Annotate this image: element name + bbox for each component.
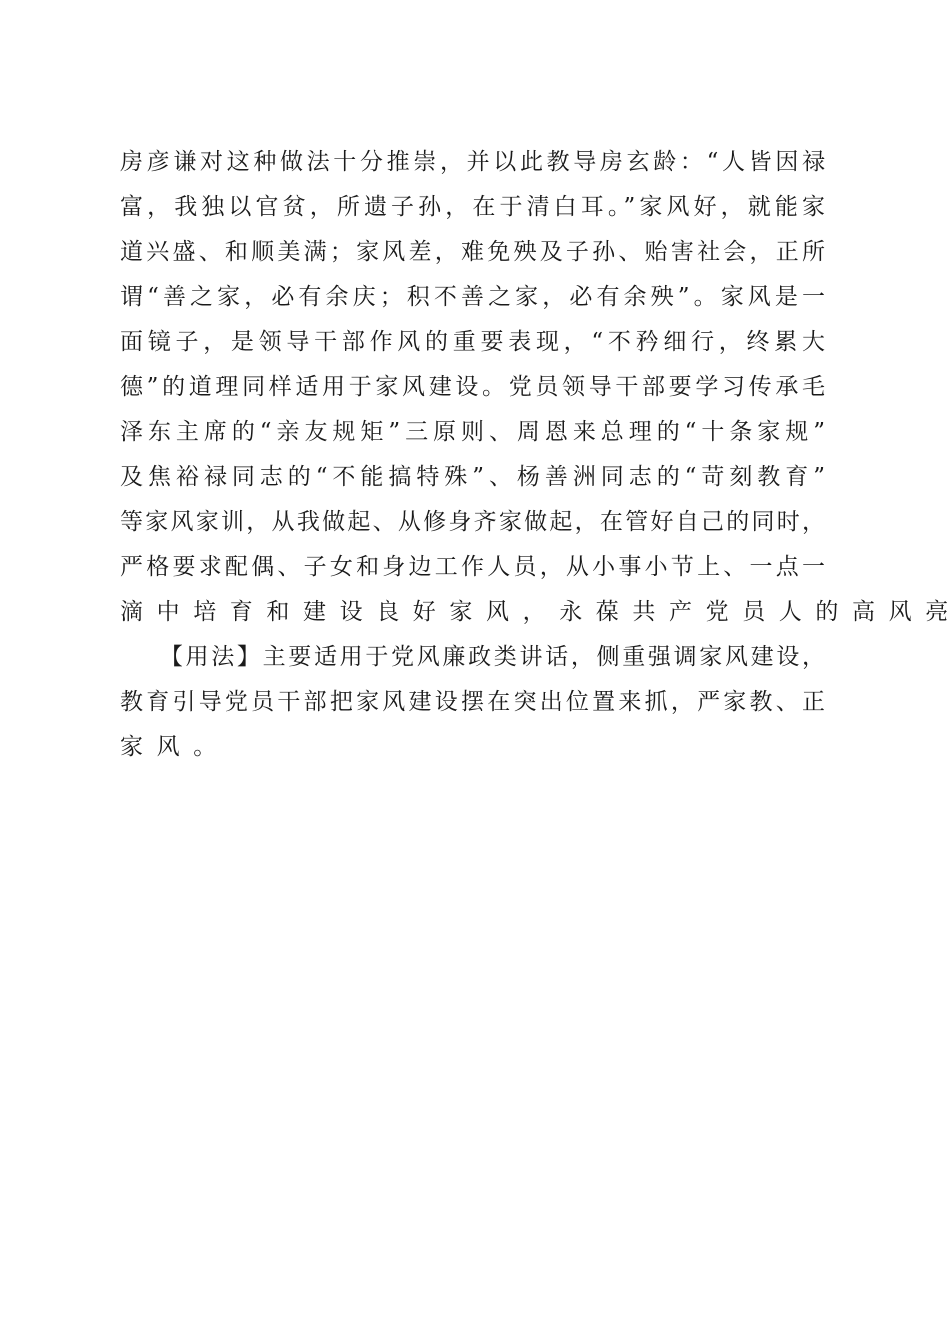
text-line: 等家风家训，从我做起、从修身齐家做起，在管好自己的同时， bbox=[120, 500, 825, 545]
usage-line-last: 家风。 bbox=[120, 725, 830, 770]
usage-paragraph: 【用法】主要适用于党风廉政类讲话，侧重强调家风建设， 教育引导党员干部把家风建设… bbox=[120, 635, 830, 770]
text-line: 面镜子，是领导干部作风的重要表现，“不矜细行，终累大 bbox=[120, 320, 825, 365]
document-page: 房彦谦对这种做法十分推崇，并以此教导房玄龄：“人皆因禄 富，我独以官贫，所遗子孙… bbox=[0, 0, 950, 1344]
body-paragraph: 房彦谦对这种做法十分推崇，并以此教导房玄龄：“人皆因禄 富，我独以官贫，所遗子孙… bbox=[120, 140, 830, 635]
text-line: 严格要求配偶、子女和身边工作人员，从小事小节上、一点一 bbox=[120, 545, 825, 590]
usage-line: 教育引导党员干部把家风建设摆在突出位置来抓，严家教、正 bbox=[120, 680, 825, 725]
text-line: 德”的道理同样适用于家风建设。党员领导干部要学习传承毛 bbox=[120, 365, 825, 410]
text-line-last: 滴中培育和建设良好家风，永葆共产党员人的高风亮节。 bbox=[120, 590, 830, 635]
usage-line: 【用法】主要适用于党风廉政类讲话，侧重强调家风建设， bbox=[120, 635, 825, 680]
text-line: 泽东主席的“亲友规矩”三原则、周恩来总理的“十条家规” bbox=[120, 410, 825, 455]
text-line: 道兴盛、和顺美满；家风差，难免殃及子孙、贻害社会，正所 bbox=[120, 230, 825, 275]
document-body: 房彦谦对这种做法十分推崇，并以此教导房玄龄：“人皆因禄 富，我独以官贫，所遗子孙… bbox=[120, 140, 830, 770]
text-line: 房彦谦对这种做法十分推崇，并以此教导房玄龄：“人皆因禄 bbox=[120, 140, 825, 185]
text-line: 谓“善之家，必有余庆；积不善之家，必有余殃”。家风是一 bbox=[120, 275, 825, 320]
text-line: 富，我独以官贫，所遗子孙，在于清白耳。”家风好，就能家 bbox=[120, 185, 825, 230]
text-line: 及焦裕禄同志的“不能搞特殊”、杨善洲同志的“苛刻教育” bbox=[120, 455, 825, 500]
